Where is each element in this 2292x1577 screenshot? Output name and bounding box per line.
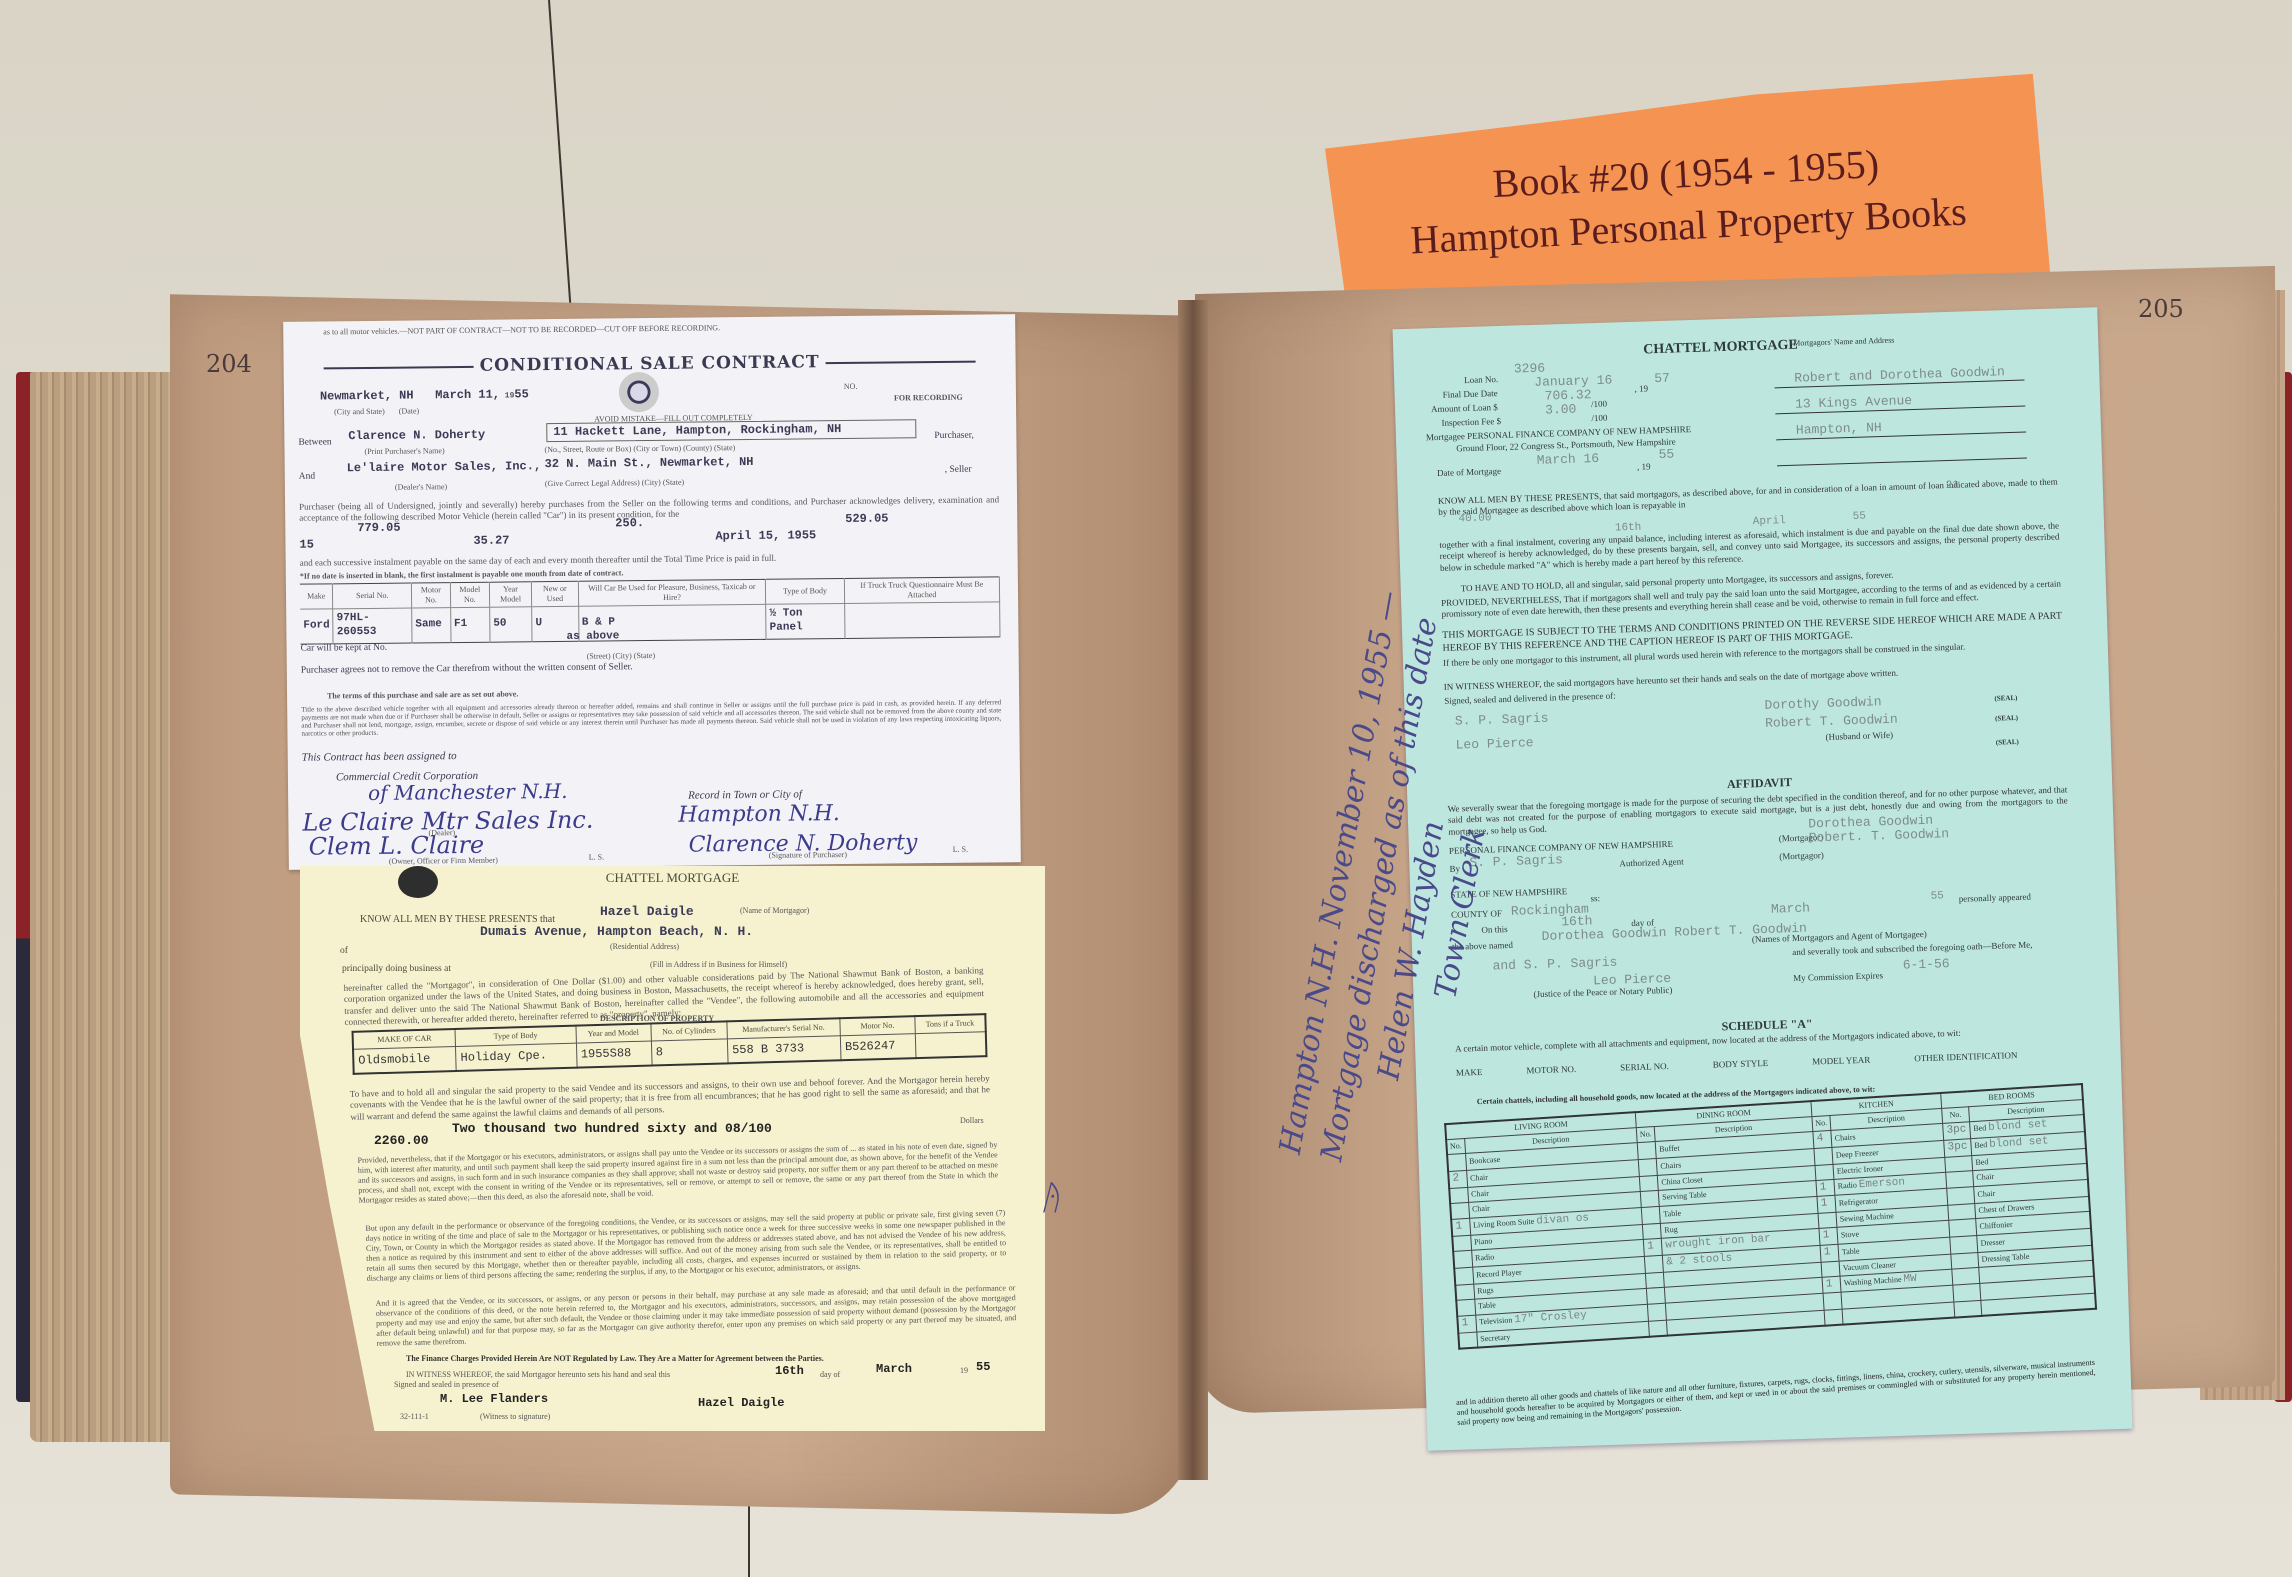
table-cell: Same bbox=[412, 608, 451, 643]
item-count bbox=[1639, 1175, 1658, 1191]
emblem-icon bbox=[619, 372, 659, 412]
item-count: 1 bbox=[1822, 1276, 1841, 1294]
mortgage-date: March 16 bbox=[1537, 451, 1600, 469]
signer-name: Hazel Daigle bbox=[698, 1396, 784, 1411]
item-name: Chair bbox=[1470, 1172, 1488, 1182]
label: Signed and sealed in presence of bbox=[394, 1380, 499, 1390]
column-header: MOTOR NO. bbox=[1526, 1064, 1576, 1077]
item-count bbox=[1950, 1235, 1978, 1253]
form-number: 32-111-1 bbox=[400, 1412, 429, 1422]
dealer-name: Le'laire Motor Sales, Inc., bbox=[347, 459, 542, 476]
item-count: 1 bbox=[1819, 1227, 1838, 1245]
item-count bbox=[1454, 1267, 1473, 1285]
item-count bbox=[1456, 1299, 1475, 1317]
mortgage-body-text: To have and to hold all and singular the… bbox=[350, 1073, 991, 1122]
item-count bbox=[1644, 1255, 1663, 1273]
down-payment: 250. bbox=[615, 516, 644, 531]
item-name: Rug bbox=[1664, 1225, 1678, 1235]
item-name: Chair bbox=[1976, 1172, 1994, 1182]
mortgage-body-text: And it is agreed that the Vendee, or its… bbox=[375, 1283, 1016, 1349]
item-name: Chairs bbox=[1660, 1160, 1681, 1170]
item-count bbox=[1815, 1164, 1834, 1180]
item-name: Chairs bbox=[1834, 1132, 1855, 1142]
item-count bbox=[1450, 1202, 1469, 1220]
total-time-price: 779.05 bbox=[357, 521, 400, 536]
label: (Mortgagor) bbox=[1779, 850, 1824, 863]
label: (Give Correct Legal Address) (City) (Sta… bbox=[545, 478, 684, 489]
item-name: Television bbox=[1479, 1316, 1513, 1327]
label: 19 bbox=[960, 1366, 968, 1376]
item-name: Sewing Machine bbox=[1840, 1211, 1894, 1223]
label: (SEAL) bbox=[1995, 714, 2018, 723]
label: Between bbox=[298, 437, 331, 449]
item-count bbox=[1948, 1204, 1976, 1221]
label: (Print Purchaser's Name) bbox=[364, 446, 444, 457]
column-header: Make bbox=[300, 584, 333, 609]
header-note: as to all motor vehicles.—NOT PART OF CO… bbox=[323, 323, 720, 337]
label: (SEAL) bbox=[1994, 694, 2017, 703]
label: Date of Mortgage bbox=[1437, 466, 1501, 479]
label: , 19 bbox=[1634, 383, 1648, 395]
item-name: Electric Ironer bbox=[1836, 1163, 1883, 1175]
item-count bbox=[1953, 1284, 1981, 1302]
label: (Name of Mortgagor) bbox=[740, 906, 809, 916]
title-text: Title to the above described vehicle tog… bbox=[301, 698, 1001, 738]
contract-year: 55 bbox=[514, 387, 529, 401]
column-header: Serial No. bbox=[333, 583, 412, 609]
page-number-right: 205 bbox=[2138, 295, 2184, 323]
item-count bbox=[1449, 1187, 1468, 1203]
label: L. S. bbox=[589, 853, 604, 863]
document-title: CHATTEL MORTGAGE bbox=[300, 870, 1045, 886]
conditional-sale-contract: as to all motor vehicles.—NOT PART OF CO… bbox=[283, 314, 1021, 870]
signer-name: Dorothy Goodwin bbox=[1764, 694, 1881, 714]
column-header: No. of Cylinders bbox=[650, 1021, 727, 1041]
label: ss: bbox=[1590, 893, 1600, 905]
column-header: Year and Model bbox=[576, 1024, 651, 1044]
item-count bbox=[1951, 1252, 1979, 1269]
item-name: Vacuum Cleaner bbox=[1843, 1260, 1897, 1272]
column-header: No. bbox=[1942, 1107, 1970, 1124]
item-name: Rugs bbox=[1477, 1285, 1494, 1295]
dealer-address: 32 N. Main St., Newmarket, NH bbox=[545, 455, 754, 472]
item-count bbox=[1952, 1267, 1980, 1285]
item-name: Table bbox=[1478, 1301, 1496, 1311]
item-count bbox=[1647, 1303, 1666, 1321]
item-name: Bed bbox=[1975, 1157, 1988, 1167]
item-name: Bed bbox=[1974, 1140, 1987, 1150]
mortgage-year: 55 bbox=[1658, 447, 1674, 464]
item-name: Dresser bbox=[1980, 1237, 2005, 1248]
vehicle-table: MakeSerial No.Motor No.Model No.Year Mod… bbox=[300, 576, 1001, 644]
table-cell: 1955S88 bbox=[576, 1041, 652, 1068]
item-note: MW bbox=[1903, 1272, 1917, 1285]
column-header: Motor No. bbox=[411, 583, 450, 608]
table-cell: F1 bbox=[450, 607, 490, 642]
item-note: blond set bbox=[1988, 1118, 2048, 1134]
item-count bbox=[1818, 1212, 1837, 1228]
item-count: 1 bbox=[1643, 1238, 1662, 1256]
contract-city: Newmarket, NH bbox=[320, 388, 414, 403]
item-count: 1 bbox=[1817, 1196, 1836, 1214]
label: Dollars bbox=[960, 1116, 984, 1126]
item-count: 3pc bbox=[1944, 1138, 1972, 1156]
item-name: China Closet bbox=[1661, 1175, 1703, 1187]
label: , 19 bbox=[1637, 461, 1651, 473]
item-name: Stove bbox=[1841, 1229, 1860, 1239]
first-payment-month: April bbox=[1753, 515, 1786, 530]
label: (Dealer's Name) bbox=[395, 482, 447, 493]
affidavit-mortgagor: Robert. T. Goodwin bbox=[1809, 826, 1950, 847]
table-cell: Oldsmobile bbox=[353, 1046, 456, 1073]
label: Mortgagors' Name and Address bbox=[1793, 336, 1894, 349]
table-cell bbox=[915, 1032, 986, 1058]
label: (Husband or Wife) bbox=[1825, 730, 1893, 743]
label: Final Due Date bbox=[1442, 388, 1497, 401]
item-name: Record Player bbox=[1476, 1267, 1522, 1279]
label: FOR RECORDING bbox=[894, 393, 963, 404]
column-header: Will Car Be Used for Pleasure, Business,… bbox=[578, 579, 766, 606]
table-cell bbox=[844, 602, 1000, 638]
item-count bbox=[1821, 1261, 1840, 1277]
item-count bbox=[1642, 1223, 1661, 1239]
column-header: No. bbox=[1636, 1127, 1655, 1143]
item-note: divan os bbox=[1536, 1213, 1589, 1228]
finance-note: The Finance Charges Provided Herein Are … bbox=[406, 1354, 824, 1364]
addition-text: and in addition thereto all other goods … bbox=[1456, 1358, 2097, 1428]
inspection-fee: 3.00 bbox=[1545, 402, 1577, 419]
column-header: MODEL YEAR bbox=[1812, 1055, 1870, 1068]
item-name: Chair bbox=[1471, 1188, 1489, 1198]
affidavit-month: March bbox=[1771, 901, 1811, 918]
item-count bbox=[1946, 1170, 1974, 1188]
item-count bbox=[1641, 1207, 1660, 1225]
purchaser-address: 11 Hackett Lane, Hampton, Rockingham, NH bbox=[546, 419, 916, 442]
column-header: Model No. bbox=[450, 582, 490, 607]
item-count bbox=[1947, 1187, 1975, 1205]
item-count bbox=[1645, 1272, 1664, 1288]
mortgage-body-text: Provided, nevertheless, that if the Mort… bbox=[357, 1140, 998, 1206]
instalment-count: 15 bbox=[299, 538, 314, 553]
label: of bbox=[340, 946, 348, 958]
household-goods-table: LIVING ROOMDINING ROOMKITCHENBED ROOMS N… bbox=[1444, 1083, 2097, 1349]
mortgage-body-text: KNOW ALL MEN BY THESE PRESENTS, that sai… bbox=[1438, 477, 2058, 519]
item-name: Serving Table bbox=[1662, 1190, 1707, 1202]
item-name: Bookcase bbox=[1469, 1155, 1501, 1166]
label: My Commission Expires bbox=[1793, 970, 1883, 984]
sum-in-figures: 2260.00 bbox=[374, 1133, 429, 1149]
label: Authorized Agent bbox=[1619, 856, 1684, 869]
instalment-amount: 35.27 bbox=[473, 533, 509, 548]
mortgage-body-text: together with a final instalment, coveri… bbox=[1439, 521, 2060, 574]
item-name: Bed bbox=[1973, 1123, 1986, 1133]
label: Amount of Loan $ bbox=[1431, 402, 1498, 415]
item-count: 1 bbox=[1816, 1179, 1835, 1197]
label: Purchaser, bbox=[934, 431, 974, 443]
affidavit-year: 55 bbox=[1930, 890, 1944, 904]
label: /100 bbox=[1591, 413, 1607, 425]
pen-mark: ᚤ bbox=[1040, 1180, 1060, 1218]
witness-year: 55 bbox=[976, 1360, 990, 1375]
table-cell: 558 B 3733 bbox=[727, 1036, 841, 1064]
item-count bbox=[1945, 1155, 1973, 1172]
column-header: No. bbox=[1812, 1115, 1831, 1131]
item-name: Table bbox=[1842, 1246, 1860, 1256]
item-count bbox=[1954, 1300, 1982, 1317]
item-name: Secretary bbox=[1480, 1332, 1511, 1343]
table-cell: Holiday Cpe. bbox=[456, 1043, 577, 1071]
witness-name: M. Lee Flanders bbox=[440, 1392, 548, 1407]
label: , Seller bbox=[945, 465, 972, 477]
item-name: Dressing Table bbox=[1981, 1251, 2029, 1263]
item-name: Living Room Suite bbox=[1473, 1217, 1535, 1230]
table-seam bbox=[548, 0, 573, 329]
item-name: Piano bbox=[1474, 1236, 1493, 1246]
table-cell: B526247 bbox=[840, 1034, 916, 1061]
table-cell: Ford bbox=[300, 609, 333, 644]
item-count bbox=[1949, 1219, 1977, 1237]
label: personally appeared bbox=[1959, 892, 2032, 906]
item-count bbox=[1458, 1332, 1477, 1348]
label: And bbox=[299, 472, 315, 484]
kept-at-value: as above bbox=[566, 630, 619, 644]
signer-name: Robert T. Goodwin bbox=[1765, 712, 1898, 732]
sum-in-words: Two thousand two hundred sixty and 08/10… bbox=[452, 1121, 772, 1137]
instalment-count: 21 bbox=[1946, 480, 1960, 494]
item-count bbox=[1824, 1309, 1843, 1325]
label: (SEAL) bbox=[1996, 738, 2019, 747]
item-count bbox=[1646, 1287, 1665, 1305]
item-note: 17" Crosley bbox=[1514, 1310, 1587, 1327]
item-name: Refrigerator bbox=[1839, 1196, 1879, 1207]
first-payment-year: 55 bbox=[1852, 511, 1866, 525]
table-cell: 50 bbox=[490, 607, 533, 642]
label: /100 bbox=[1591, 399, 1607, 411]
page-number-left: 204 bbox=[206, 350, 252, 378]
item-count bbox=[1823, 1292, 1842, 1310]
item-name: Chiffonier bbox=[1979, 1220, 2013, 1231]
item-count bbox=[1640, 1190, 1659, 1208]
time-balance: 529.05 bbox=[845, 512, 888, 527]
commission-expiry: 6-1-56 bbox=[1903, 956, 1950, 974]
item-name: Chair bbox=[1977, 1189, 1995, 1199]
label: day of bbox=[820, 1370, 840, 1380]
item-name: Chest of Drawers bbox=[1978, 1202, 2034, 1214]
column-header: New or Used bbox=[532, 581, 579, 606]
label: (Street) (City) (State) bbox=[587, 651, 656, 662]
label: (Fill in Address if in Business for Hims… bbox=[650, 960, 787, 970]
label: principally doing business at bbox=[342, 964, 451, 976]
purchaser-name: Clarence N. Doherty bbox=[348, 428, 485, 444]
label: (Justice of the Peace or Notary Public) bbox=[1533, 985, 1672, 1001]
label: (City and State) bbox=[334, 407, 385, 417]
label: L. S. bbox=[953, 845, 968, 855]
witness-day: 16th bbox=[775, 1364, 804, 1379]
final-due-year: 57 bbox=[1654, 371, 1670, 388]
witness-month: March bbox=[876, 1362, 912, 1377]
item-note: Emerson bbox=[1858, 1176, 1905, 1191]
column-header: If Truck Truck Questionnaire Must Be Att… bbox=[844, 577, 1000, 604]
book-gutter bbox=[1178, 300, 1208, 1480]
terms-text: Purchaser (being all of Undersigned, joi… bbox=[299, 494, 999, 524]
item-count: 3pc bbox=[1943, 1122, 1971, 1140]
record-town: Hampton N.H. bbox=[678, 800, 840, 829]
affidavit-agent: and S. P. Sagris bbox=[1492, 955, 1617, 975]
label: (Owner, Officer or Firm Member) bbox=[389, 856, 498, 867]
column-header: OTHER IDENTIFICATION bbox=[1914, 1050, 2018, 1064]
table-cell: 97HL-260553 bbox=[333, 608, 412, 643]
item-name: Washing Machine bbox=[1844, 1274, 1902, 1287]
item-name: Table bbox=[1663, 1209, 1681, 1219]
item-count bbox=[1814, 1147, 1833, 1165]
terms-set-out: The terms of this purchase and sale are … bbox=[327, 689, 518, 701]
column-header: Motor No. bbox=[840, 1016, 915, 1036]
column-header: Type of Body bbox=[766, 578, 845, 604]
mortgage-body-text: But upon any default in the performance … bbox=[365, 1208, 1006, 1284]
label: (Residential Address) bbox=[610, 942, 679, 952]
item-name: Radio bbox=[1837, 1180, 1857, 1190]
column-header: BODY STYLE bbox=[1713, 1058, 1769, 1071]
label: (Witness to signature) bbox=[480, 1412, 550, 1422]
label: Loan No. bbox=[1464, 374, 1498, 386]
label: (Date) bbox=[399, 406, 420, 415]
no-date-note: *If no date is inserted in blank, the fi… bbox=[300, 568, 624, 581]
label: IN WITNESS WHEREOF, the said Mortgagor h… bbox=[406, 1370, 670, 1379]
table-cell: ½ Ton Panel bbox=[766, 603, 845, 638]
item-count bbox=[1649, 1320, 1668, 1336]
item-count bbox=[1455, 1284, 1474, 1300]
item-count bbox=[1452, 1235, 1471, 1251]
label: NO. bbox=[844, 382, 858, 392]
instalment-amount: 40.00 bbox=[1458, 512, 1491, 527]
contract-date: March 11, bbox=[435, 388, 500, 403]
column-header: SERIAL NO. bbox=[1620, 1061, 1669, 1074]
item-count bbox=[1453, 1250, 1472, 1268]
vehicle-headers: MAKEMOTOR NO.SERIAL NO.BODY STYLEMODEL Y… bbox=[1456, 1050, 2018, 1079]
item-name: Deep Freezer bbox=[1835, 1148, 1878, 1160]
label: (No., Street, Route or Box) (City or Tow… bbox=[544, 443, 735, 455]
item-name: Radio bbox=[1475, 1252, 1495, 1262]
first-payment-date: April 15, 1955 bbox=[715, 528, 816, 544]
item-count: 4 bbox=[1813, 1130, 1832, 1148]
label: This Contract has been assigned to bbox=[302, 750, 457, 765]
mortgagor-name: Hazel Daigle bbox=[600, 904, 694, 920]
item-count: 1 bbox=[1820, 1244, 1839, 1262]
chattel-mortgage-left: CHATTEL MORTGAGE KNOW ALL MEN BY THESE P… bbox=[300, 866, 1045, 1431]
label: Inspection Fee $ bbox=[1441, 416, 1501, 429]
item-count: 1 bbox=[1451, 1219, 1470, 1237]
item-note: & 2 stools bbox=[1666, 1252, 1733, 1268]
table-cell: 8 bbox=[651, 1039, 728, 1066]
item-name: Chair bbox=[1472, 1204, 1490, 1214]
item-count: 1 bbox=[1457, 1315, 1476, 1333]
mortgagor-address: Dumais Avenue, Hampton Beach, N. H. bbox=[480, 924, 753, 940]
item-note: blond set bbox=[1989, 1135, 2049, 1151]
remove-text: Purchaser agrees not to remove the Car t… bbox=[301, 662, 633, 677]
column-header: Year Model bbox=[489, 582, 531, 607]
column-header: Tons if a Truck bbox=[915, 1014, 986, 1033]
item-count bbox=[1638, 1158, 1657, 1176]
item-count bbox=[1637, 1142, 1656, 1160]
item-name: Buffet bbox=[1659, 1143, 1680, 1153]
label: Car will be kept at No. bbox=[301, 643, 388, 656]
assignee-city: of Manchester N.H. bbox=[368, 779, 568, 806]
successive-text: and each successive instalment payable o… bbox=[300, 550, 1000, 569]
label: (Signature of Purchaser) bbox=[769, 850, 847, 861]
document-title: CHATTEL MORTGAGE bbox=[1643, 337, 1798, 359]
